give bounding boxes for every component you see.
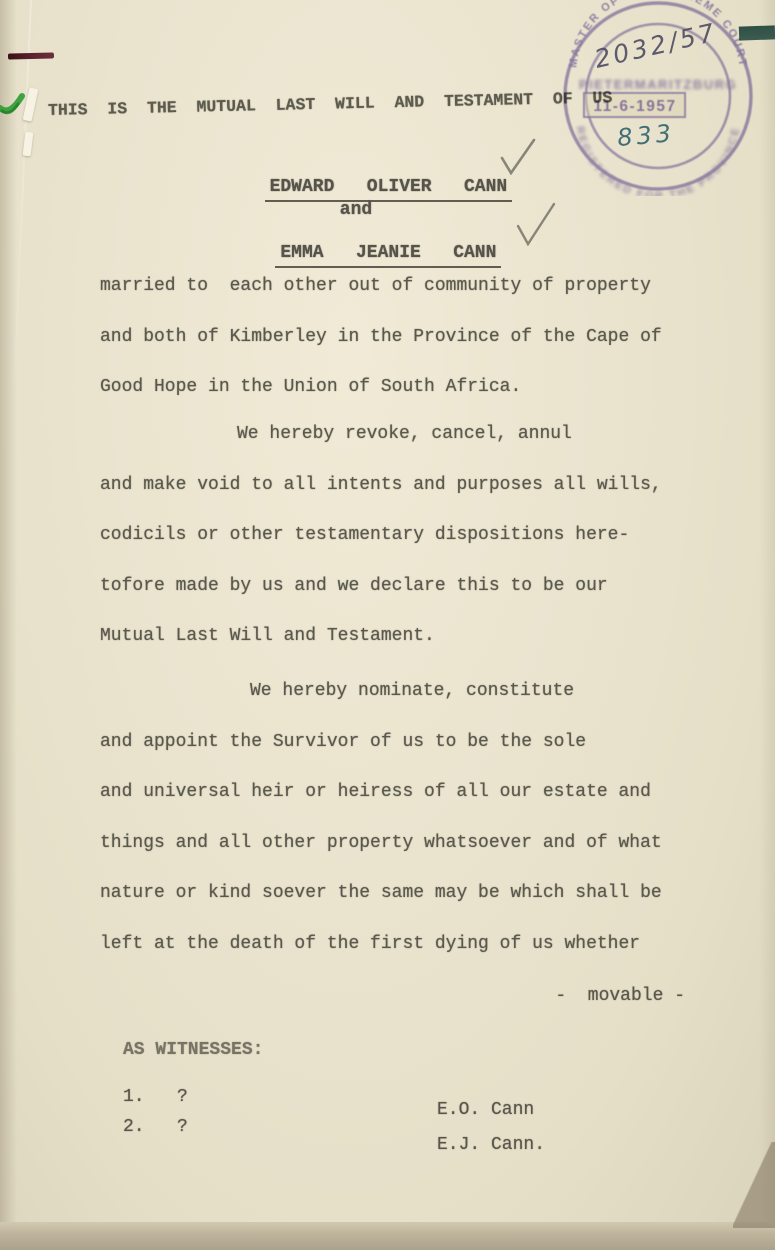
signature-ej-cann: E.J. Cann.	[437, 1135, 545, 1155]
checkmark-icon	[514, 200, 558, 250]
page-bottom-edge	[0, 1222, 775, 1250]
paragraph-marriage: married to each other out of community o…	[100, 261, 704, 413]
stamp-date: 11-6-1957	[593, 98, 676, 115]
corner-fold	[733, 1142, 775, 1228]
stamp-office-line: PIETERMARITZBURG	[579, 77, 737, 92]
stamp-handwritten-ref: 2032/57	[592, 18, 720, 74]
witness-item-2: 2. ?	[123, 1117, 188, 1137]
paragraph-revocation: We hereby revoke, cancel, annul and make…	[100, 409, 704, 662]
checkmark-icon	[498, 136, 540, 180]
stamp-handwritten-number: 833	[616, 119, 676, 152]
court-stamp: MASTER OF THE SUPREME COURT REGISTERED F…	[552, 0, 764, 196]
catchword-movable: - movable -	[100, 986, 685, 1006]
scanned-will-page: THIS IS THE MUTUAL LAST WILL AND TESTAME…	[0, 0, 775, 1250]
witness-item-1: 1. ?	[123, 1087, 188, 1107]
paragraph-nomination: We hereby nominate, constitute and appoi…	[100, 666, 704, 969]
signature-eo-cann: E.O. Cann	[437, 1100, 534, 1120]
binding-mark	[8, 52, 54, 59]
testator-name-1-text: EDWARD OLIVER CANN	[265, 177, 513, 202]
witnesses-heading: AS WITNESSES:	[123, 1040, 263, 1060]
